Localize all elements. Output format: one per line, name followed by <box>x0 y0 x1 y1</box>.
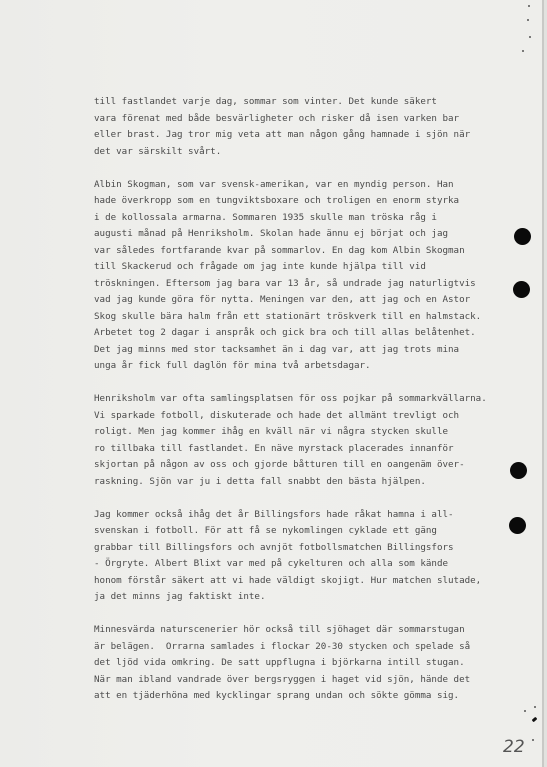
text-line: Minnesvärda naturscenerier hör också til… <box>94 622 514 639</box>
scanned-page: till fastlandet varje dag, sommar som vi… <box>0 0 547 767</box>
paragraph: Albin Skogman, som var svensk-amerikan, … <box>94 177 514 375</box>
text-line: är belägen. Orrarna samlades i flockar 2… <box>94 639 514 656</box>
text-line: ro tillbaka till fastlandet. En näve myr… <box>94 441 514 458</box>
text-line: vara förenat med både besvärligheter och… <box>94 111 514 128</box>
text-line: var således fortfarande kvar på sommarlo… <box>94 243 514 260</box>
punch-hole-1 <box>514 228 531 245</box>
speck <box>522 50 524 52</box>
body-text: till fastlandet varje dag, sommar som vi… <box>94 94 514 721</box>
text-line: Skog skulle bära halm från ett stationär… <box>94 309 514 326</box>
text-line: det var särskilt svårt. <box>94 144 514 161</box>
paragraph: Minnesvärda naturscenerier hör också til… <box>94 622 514 705</box>
text-line: i de kollossala armarna. Sommaren 1935 s… <box>94 210 514 227</box>
speck <box>524 710 526 712</box>
text-line: - Örgryte. Albert Blixt var med på cykel… <box>94 556 514 573</box>
text-line: unga år fick full daglön för mina två ar… <box>94 358 514 375</box>
text-line: till fastlandet varje dag, sommar som vi… <box>94 94 514 111</box>
text-line: Henriksholm var ofta samlingsplatsen för… <box>94 391 514 408</box>
text-line: raskning. Sjön var ju i detta fall snabb… <box>94 474 514 491</box>
punch-hole-2 <box>513 281 530 298</box>
speck <box>532 739 534 741</box>
text-line: skjortan på någon av oss och gjorde bått… <box>94 457 514 474</box>
text-line: eller brast. Jag tror mig veta att man n… <box>94 127 514 144</box>
paragraph: till fastlandet varje dag, sommar som vi… <box>94 94 514 160</box>
text-line: Jag kommer också ihåg det år Billingsfor… <box>94 507 514 524</box>
punch-hole-3 <box>510 462 527 479</box>
speck <box>528 5 530 7</box>
speck <box>534 706 536 708</box>
ink-mark <box>532 717 538 723</box>
text-line: Det jag minns med stor tacksamhet än i d… <box>94 342 514 359</box>
text-line: tröskningen. Eftersom jag bara var 13 år… <box>94 276 514 293</box>
text-line: När man ibland vandrade över bergsryggen… <box>94 672 514 689</box>
text-line: att en tjäderhöna med kycklingar sprang … <box>94 688 514 705</box>
paragraph: Henriksholm var ofta samlingsplatsen för… <box>94 391 514 490</box>
text-line: hade överkropp som en tungviktsboxare oc… <box>94 193 514 210</box>
text-line: vad jag kunde göra för nytta. Meningen v… <box>94 292 514 309</box>
text-line: roligt. Men jag kommer ihåg en kväll när… <box>94 424 514 441</box>
speck <box>527 19 529 21</box>
speck <box>529 36 531 38</box>
text-line: augusti månad på Henriksholm. Skolan had… <box>94 226 514 243</box>
paragraph: Jag kommer också ihåg det år Billingsfor… <box>94 507 514 606</box>
text-line: Albin Skogman, som var svensk-amerikan, … <box>94 177 514 194</box>
text-line: Vi sparkade fotboll, diskuterade och had… <box>94 408 514 425</box>
text-line: till Skackerud och frågade om jag inte k… <box>94 259 514 276</box>
text-line: honom förstår säkert att vi hade väldigt… <box>94 573 514 590</box>
text-line: svenskan i fotboll. För att få se nykoml… <box>94 523 514 540</box>
page-number: 22 <box>503 737 525 757</box>
text-line: ja det minns jag faktiskt inte. <box>94 589 514 606</box>
text-line: det ljöd vida omkring. De satt uppflugna… <box>94 655 514 672</box>
text-line: Arbetet tog 2 dagar i anspråk och gick b… <box>94 325 514 342</box>
punch-hole-4 <box>509 517 526 534</box>
text-line: grabbar till Billingsfors och avnjöt fot… <box>94 540 514 557</box>
